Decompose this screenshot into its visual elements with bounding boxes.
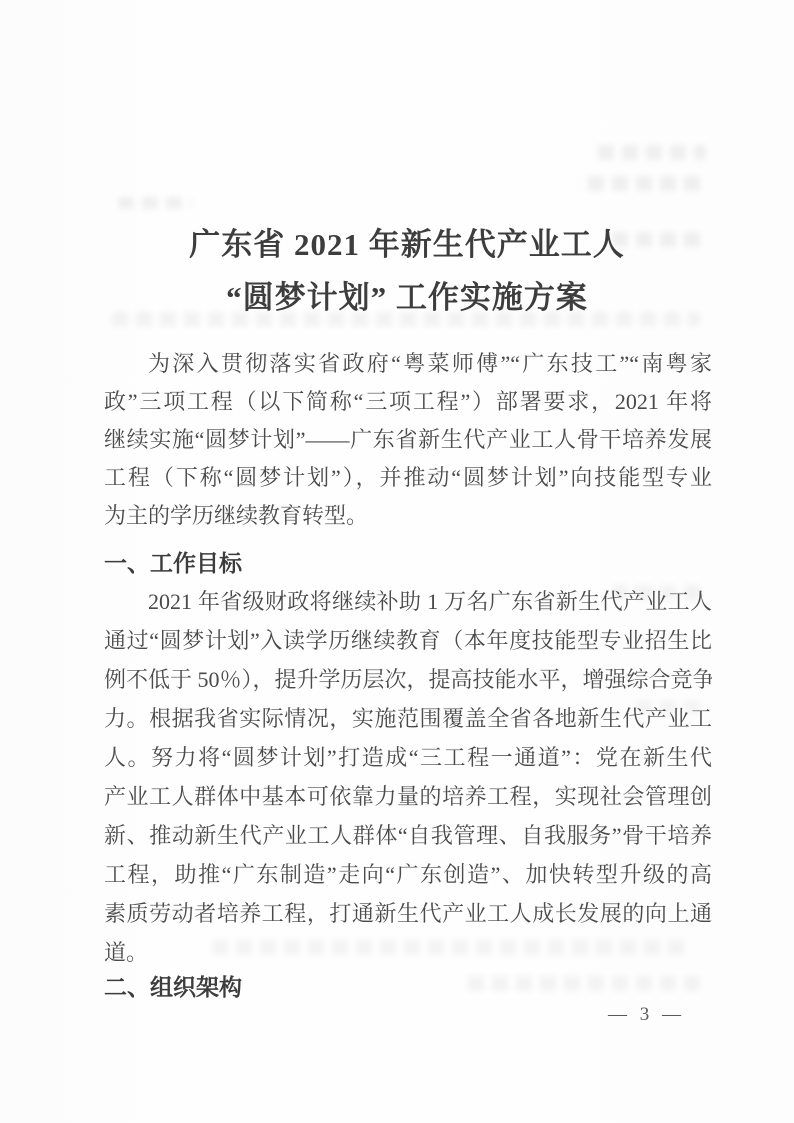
text-line: 政”三项工程（以下简称“三项工程”）部署要求，2021 年将 [104,383,712,421]
bleedthrough-artifact [588,176,706,191]
text-line: 例不低于 50％），提升学历层次，提高技能水平，增强综合竞争 [104,660,712,699]
text-line: 人。努力将“圆梦计划”打造成“三工程一通道”：党在新生代 [104,738,712,777]
text-line: 新、推动新生代产业工人群体“自我管理、自我服务”骨干培养 [104,816,712,855]
text-line: 为深入贯彻落实省政府“粤菜师傅”“广东技工”“南粤家 [104,345,712,383]
document-title-line-2: “圆梦计划” 工作实施方案 [104,271,710,324]
text-line: 2021 年省级财政将继续补助 1 万名广东省新生代产业工人 [104,582,712,621]
text-line: 继续实施“圆梦计划”——广东省新生代产业工人骨干培养发展 [104,421,712,459]
section-heading-work-goals: 一、工作目标 [104,548,712,578]
document-title-line-1: 广东省 2021 年新生代产业工人 [104,218,710,271]
paragraph-intro: 为深入贯彻落实省政府“粤菜师傅”“广东技工”“南粤家 政”三项工程（以下简称“三… [104,345,712,535]
document-title: 广东省 2021 年新生代产业工人 “圆梦计划” 工作实施方案 [104,218,710,324]
text-line: 工程（下称“圆梦计划”），并推动“圆梦计划”向技能型专业 [104,459,712,497]
text-line: 工程，助推“广东制造”走向“广东创造”、加快转型升级的高 [104,855,712,894]
section-heading-organization: 二、组织架构 [104,972,712,1002]
text-line: 产业工人群体中基本可依靠力量的培养工程，实现社会管理创 [104,777,712,816]
text-line: 通过“圆梦计划”入读学历继续教育（本年度技能型专业招生比 [104,621,712,660]
text-line: 素质劳动者培养工程，打通新生代产业工人成长发展的向上通 [104,894,712,933]
paragraph-work-goals: 2021 年省级财政将继续补助 1 万名广东省新生代产业工人 通过“圆梦计划”入… [104,582,712,972]
text-line: 为主的学历继续教育转型。 [104,497,712,535]
text-line: 力。根据我省实际情况，实施范围覆盖全省各地新生代产业工 [104,699,712,738]
bleedthrough-artifact [598,145,706,160]
page-number: — 3 — [608,1004,685,1026]
document-body: 为深入贯彻落实省政府“粤菜师傅”“广东技工”“南粤家 政”三项工程（以下简称“三… [104,345,712,1002]
document-page: 广东省 2021 年新生代产业工人 “圆梦计划” 工作实施方案 为深入贯彻落实省… [0,0,794,1123]
bleedthrough-artifact [118,197,192,209]
text-line: 道。 [104,933,712,972]
